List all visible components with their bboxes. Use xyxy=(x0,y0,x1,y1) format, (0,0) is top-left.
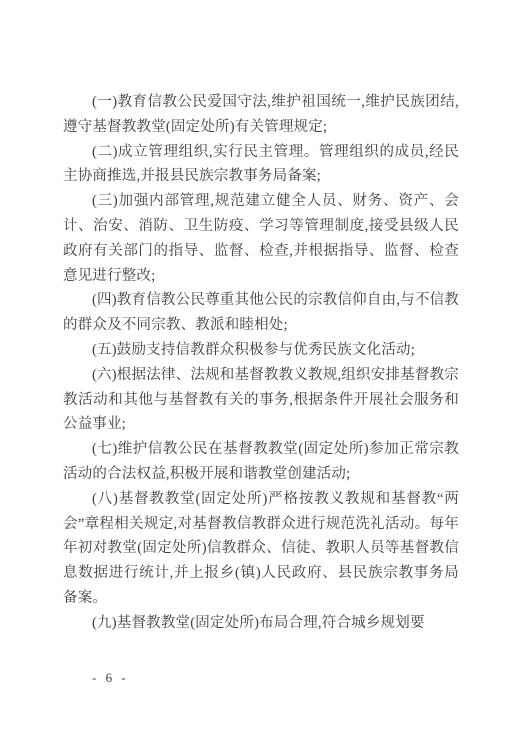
paragraph-item-7: (七)维护信教公民在基督教教堂(固定处所)参加正常宗教活动的合法权益,积极开展和… xyxy=(63,437,459,487)
page-number: - 6 - xyxy=(92,670,129,686)
document-page: (一)教育信教公民爱国守法,维护祖国统一,维护民族团结,遵守基督教教堂(固定处所… xyxy=(0,0,519,735)
paragraph-item-1: (一)教育信教公民爱国守法,维护祖国统一,维护民族团结,遵守基督教教堂(固定处所… xyxy=(63,90,459,140)
paragraph-item-5: (五)鼓励支持信教群众积极参与优秀民族文化活动; xyxy=(63,338,459,363)
paragraph-item-8: (八)基督教教堂(固定处所)严格按教义教规和基督教“两会”章程相关规定,对基督教… xyxy=(63,487,459,611)
paragraph-item-9: (九)基督教教堂(固定处所)布局合理,符合城乡规划要 xyxy=(63,611,459,636)
paragraph-item-3: (三)加强内部管理,规范建立健全人员、财务、资产、会计、治安、消防、卫生防疫、学… xyxy=(63,189,459,288)
paragraph-item-2: (二)成立管理组织,实行民主管理。管理组织的成员,经民主协商推选,并报县民族宗教… xyxy=(63,140,459,190)
paragraph-item-6: (六)根据法律、法规和基督教教义教规,组织安排基督教宗教活动和其他与基督教有关的… xyxy=(63,363,459,437)
paragraph-item-4: (四)教育信教公民尊重其他公民的宗教信仰自由,与不信教的群众及不同宗教、教派和睦… xyxy=(63,288,459,338)
document-body-text: (一)教育信教公民爱国守法,维护祖国统一,维护民族团结,遵守基督教教堂(固定处所… xyxy=(63,90,459,636)
